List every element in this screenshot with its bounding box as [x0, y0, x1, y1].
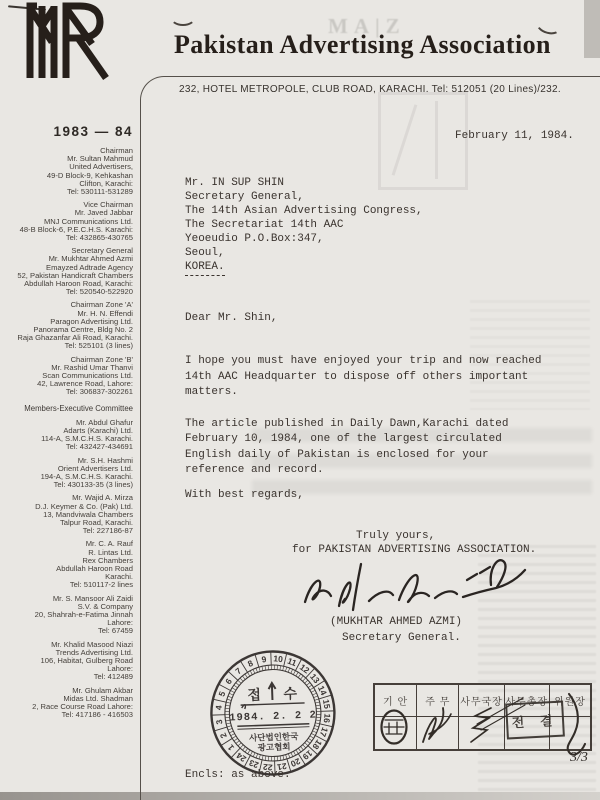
member-entry: Mr. S. Mansoor Ali ZaidiS.V. & Company20…	[0, 595, 133, 636]
svg-text:수: 수	[283, 685, 298, 701]
signatory-name: (MUKHTAR AHMED AZMI)	[330, 616, 462, 628]
organization-address: 232, HOTEL METROPOLE, CLUB ROAD, KARACHI…	[150, 84, 590, 95]
signoff-truly-yours: Truly yours,	[356, 530, 435, 542]
member-entry: Mr. Wajid A. MirzaD.J. Keymer & Co. (Pak…	[0, 494, 133, 535]
letter-body: Dear Mr. Shin, I hope you must have enjo…	[185, 312, 575, 501]
committee-heading: Members-Executive Committee	[0, 404, 133, 413]
svg-text:8: 8	[246, 658, 255, 669]
svg-text:2: 2	[218, 731, 229, 740]
member-line: Tel: 412489	[0, 673, 133, 681]
member-line: Tel: 227186-87	[0, 527, 133, 535]
sidebar-office-bearers: 1983 — 84 ChairmanMr. Sultan MahmudUnite…	[0, 124, 133, 724]
officer-line: Tel: 306837-302261	[0, 388, 133, 396]
svg-text:6: 6	[223, 676, 234, 686]
officer-entry: Chairman Zone 'A'Mr. H. N. EffendiParago…	[0, 301, 133, 350]
member-line: Tel: 417186 - 416503	[0, 711, 133, 719]
recipient-line: Seoul,	[185, 246, 423, 260]
salutation: Dear Mr. Shin,	[185, 312, 575, 324]
received-date-stamp: 123456789101112131415161718192021222324접…	[207, 647, 340, 784]
recipient-line: Secretary General,	[185, 190, 423, 204]
member-list: Mr. Abdul GhafurAdarts (Karachi) Ltd.114…	[0, 419, 133, 720]
enclosure-note: Encls: as above.	[185, 769, 291, 781]
sidebar-year: 1983 — 84	[0, 124, 133, 139]
page-note: 3/3	[570, 750, 588, 766]
officer-list: ChairmanMr. Sultan MahmudUnited Advertis…	[0, 147, 133, 397]
recipient-line: The 14th Asian Advertising Congress,	[185, 204, 423, 218]
recipient-address-block: Mr. IN SUP SHINSecretary General,The 14t…	[185, 176, 423, 276]
officer-entry: Chairman Zone 'B'Mr. Rashid Umar ThanviS…	[0, 356, 133, 397]
member-line: Tel: 510117-2 lines	[0, 581, 133, 589]
officer-entry: Vice ChairmanMr. Javed JabbarMNJ Communi…	[0, 201, 133, 242]
svg-text:9: 9	[261, 654, 268, 665]
officer-line: Tel: 530111-531289	[0, 188, 133, 196]
letter-paragraphs: I hope you must have enjoyed your trip a…	[185, 354, 575, 479]
handwritten-signature	[295, 550, 545, 623]
svg-text:4: 4	[213, 705, 223, 711]
member-line: Tel: 430133-35 (3 lines)	[0, 481, 133, 489]
officer-line: Tel: 525101 (3 lines)	[0, 342, 133, 350]
closing-line: With best regards,	[185, 489, 575, 501]
recipient-line: KOREA.	[185, 260, 423, 276]
member-entry: Mr. Ghulam AkbarMidas Ltd. Shadman2, Rac…	[0, 687, 133, 720]
member-entry: Mr. Abdul GhafurAdarts (Karachi) Ltd.114…	[0, 419, 133, 452]
svg-text:15: 15	[321, 699, 332, 710]
svg-text:11: 11	[286, 656, 298, 669]
member-entry: Mr. C. A. RaufR. Lintas Ltd.Rex Chambers…	[0, 540, 133, 589]
pen-mark	[170, 8, 196, 26]
svg-text:1: 1	[225, 742, 236, 752]
svg-text:3: 3	[214, 719, 225, 726]
svg-text:5: 5	[216, 690, 227, 698]
svg-text:접: 접	[247, 686, 261, 702]
letter-paragraph: The article published in Daily Dawn,Kara…	[185, 417, 575, 479]
signatory-title: Secretary General.	[342, 632, 461, 644]
recipient-line: Yeoeudio P.O.Box:347,	[185, 232, 423, 246]
paa-monogram-logo	[22, 0, 114, 85]
member-entry: Mr. S.H. HashmiOrient Advertisers Ltd.19…	[0, 457, 133, 490]
svg-text:1984. 2. 2 2: 1984. 2. 2 2	[229, 709, 317, 724]
approval-signatures	[371, 678, 600, 783]
svg-text:10: 10	[273, 653, 284, 664]
officer-entry: Secretary GeneralMr. Mukhtar Ahmed AzmiE…	[0, 247, 133, 296]
svg-text:16: 16	[322, 713, 333, 724]
recipient-line: The Secretariat 14th AAC	[185, 218, 423, 232]
svg-text:7: 7	[233, 665, 243, 676]
officer-line: Tel: 520540-522920	[0, 288, 133, 296]
decision-stamp: 전 결	[505, 701, 565, 740]
svg-text:17: 17	[318, 726, 331, 739]
member-line: Tel: 432427-434691	[0, 443, 133, 451]
member-entry: Mr. Khalid Masood NiaziTrends Advertisin…	[0, 641, 133, 682]
svg-text:광고협회: 광고협회	[258, 741, 291, 752]
letter-paragraph: I hope you must have enjoyed your trip a…	[185, 354, 575, 401]
officer-entry: ChairmanMr. Sultan MahmudUnited Advertis…	[0, 147, 133, 196]
letter-date: February 11, 1984.	[455, 130, 574, 142]
recipient-country-underlined: KOREA.	[185, 260, 225, 276]
organization-title: Pakistan Advertising Association	[174, 30, 600, 60]
recipient-line: Mr. IN SUP SHIN	[185, 176, 423, 190]
officer-line: Tel: 432865-430765	[0, 234, 133, 242]
scanned-letter-page: MA|Z Pakistan Advertising Association 23…	[0, 0, 600, 800]
member-line: Tel: 67459	[0, 627, 133, 635]
